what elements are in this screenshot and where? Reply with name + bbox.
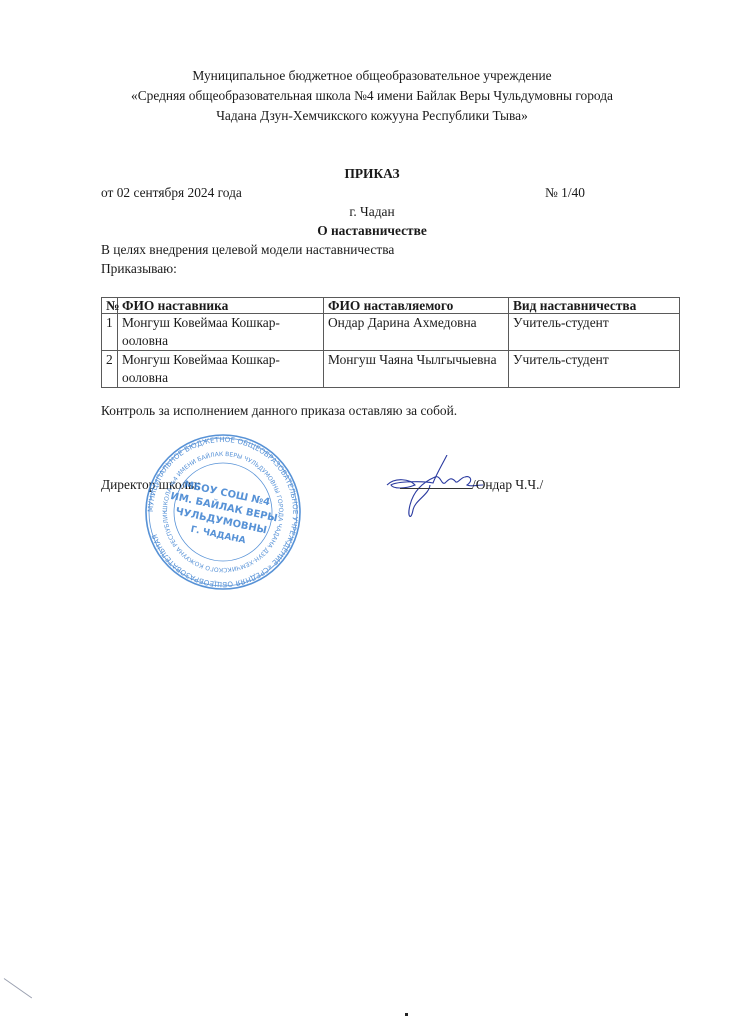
- scan-artifact: [4, 978, 32, 998]
- cell-type: Учитель-студент: [509, 351, 680, 388]
- cell-type: Учитель-студент: [509, 314, 680, 351]
- header-line-1: Муниципальное бюджетное общеобразователь…: [0, 66, 744, 85]
- signature-icon: [385, 455, 485, 525]
- table-row: 2 Монгуш Ковеймаа Кошкар-ооловна Монгуш …: [102, 351, 680, 388]
- cell-number: 2: [102, 351, 118, 388]
- header-line-2: «Средняя общеобразовательная школа №4 им…: [0, 86, 744, 105]
- order-city: г. Чадан: [0, 204, 744, 220]
- scan-dot: [405, 1013, 408, 1016]
- order-word: Приказываю:: [101, 261, 177, 277]
- table-header-row: № ФИО наставника ФИО наставляемого Вид н…: [102, 298, 680, 314]
- signature-name: /Ондар Ч.Ч./: [472, 477, 543, 493]
- cell-mentee: Монгуш Чаяна Чылгычыевна: [324, 351, 509, 388]
- control-text: Контроль за исполнением данного приказа …: [101, 403, 457, 419]
- column-header-number: №: [102, 298, 118, 314]
- order-purpose: В целях внедрения целевой модели наставн…: [101, 242, 394, 258]
- school-stamp-icon: МУНИЦИПАЛЬНОЕ БЮДЖЕТНОЕ ОБЩЕОБРАЗОВАТЕЛЬ…: [143, 432, 303, 592]
- cell-mentee: Ондар Дарина Ахмедовна: [324, 314, 509, 351]
- cell-mentor: Монгуш Ковеймаа Кошкар-ооловна: [118, 351, 324, 388]
- signature-line: [400, 488, 472, 489]
- table-row: 1 Монгуш Ковеймаа Кошкар-ооловна Ондар Д…: [102, 314, 680, 351]
- column-header-mentee: ФИО наставляемого: [324, 298, 509, 314]
- order-number: № 1/40: [545, 185, 585, 201]
- column-header-mentor: ФИО наставника: [118, 298, 324, 314]
- order-title: ПРИКАЗ: [0, 166, 744, 182]
- column-header-type: Вид наставничества: [509, 298, 680, 314]
- header-line-3: Чадана Дзун-Хемчикского кожууна Республи…: [0, 106, 744, 125]
- order-subject: О наставничестве: [0, 223, 744, 239]
- cell-mentor: Монгуш Ковеймаа Кошкар-ооловна: [118, 314, 324, 351]
- cell-number: 1: [102, 314, 118, 351]
- mentorship-table: № ФИО наставника ФИО наставляемого Вид н…: [101, 297, 680, 388]
- order-date: от 02 сентября 2024 года: [101, 185, 242, 201]
